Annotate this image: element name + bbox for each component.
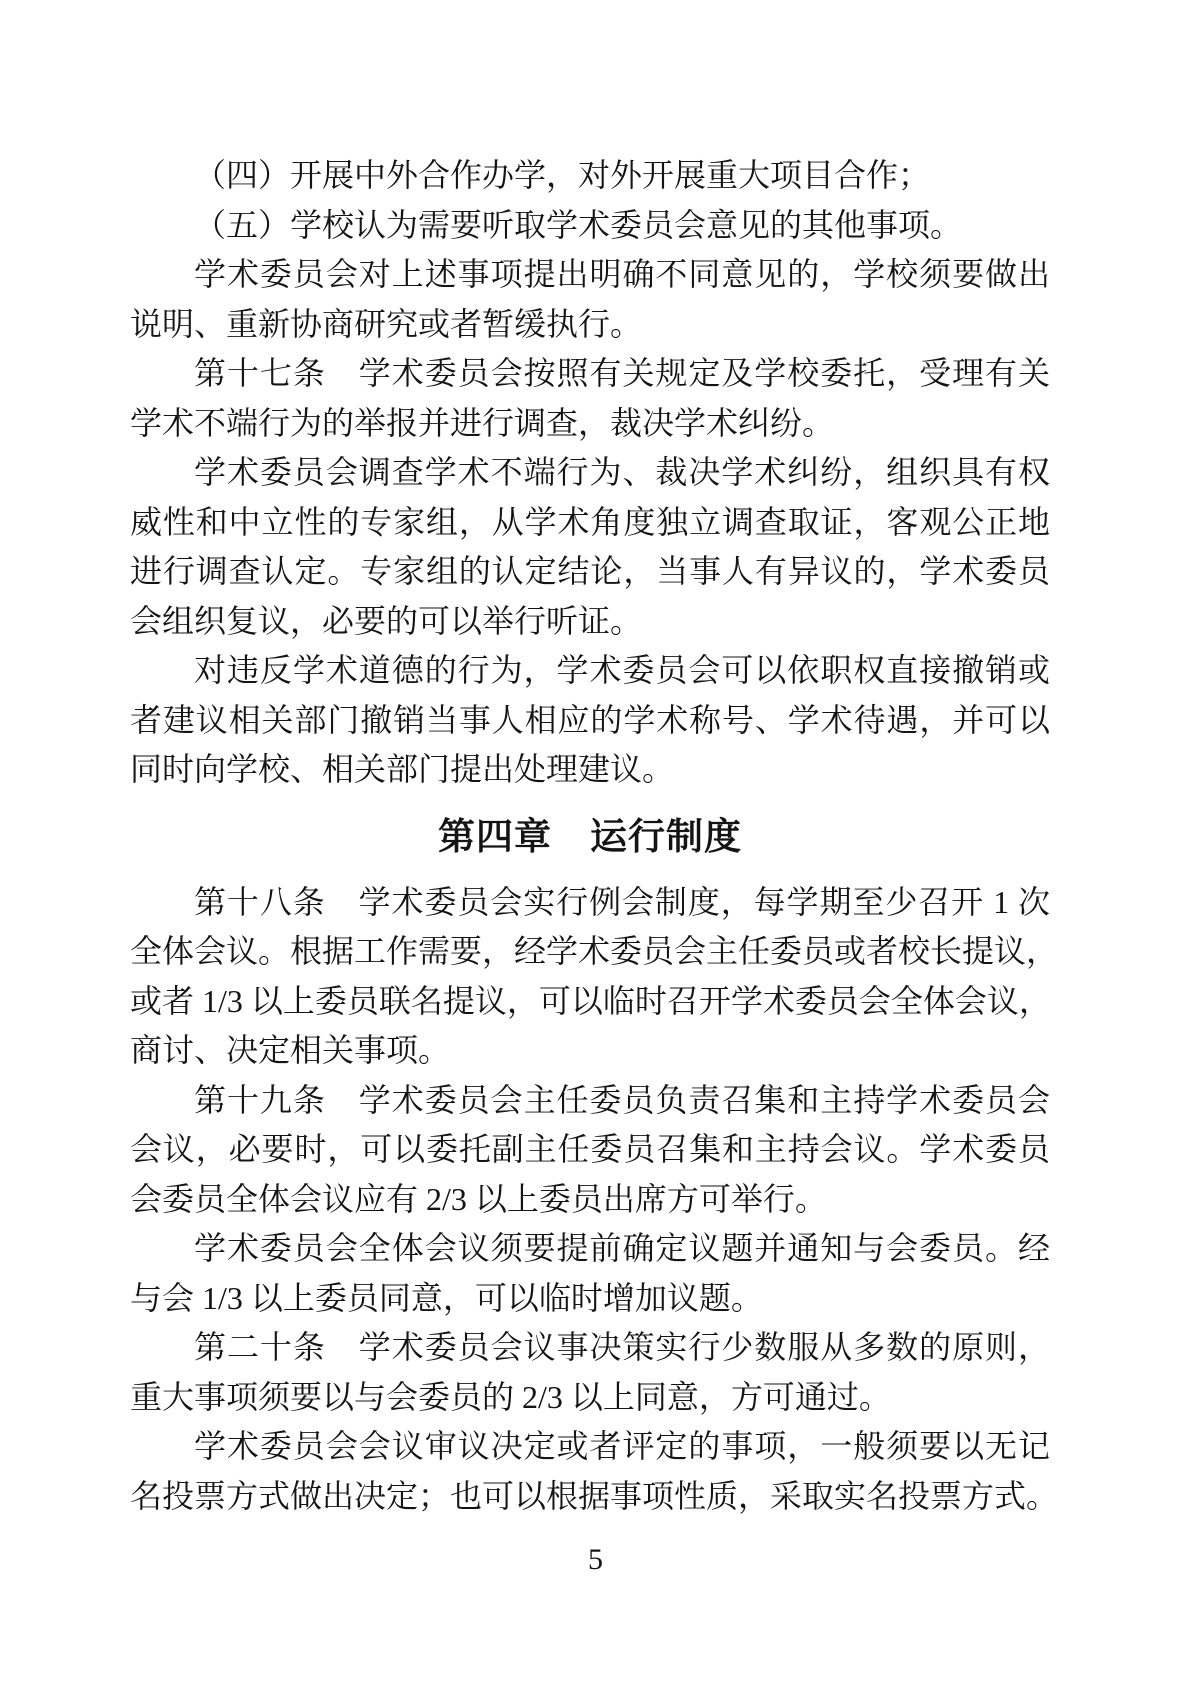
- text-line: 第十八条 学术委员会实行例会制度，每学期至少召开 1 次: [130, 878, 1050, 928]
- page: （四）开展中外合作办学，对外开展重大项目合作； （五）学校认为需要听取学术委员会…: [0, 0, 1191, 1684]
- text-line: 名投票方式做出决定；也可以根据事项性质，采取实名投票方式。: [130, 1472, 1050, 1522]
- text-line: 者建议相关部门撤销当事人相应的学术称号、学术待遇，并可以: [130, 696, 1050, 746]
- document-page: { "colors": { "page_background": "#fffff…: [0, 0, 1191, 1684]
- text-line: 或者 1/3 以上委员联名提议，可以临时召开学术委员会全体会议，: [130, 977, 1050, 1027]
- text-line: （四）开展中外合作办学，对外开展重大项目合作；: [130, 151, 1050, 201]
- text-line: 威性和中立性的专家组，从学术角度独立调查取证，客观公正地: [130, 498, 1050, 548]
- text-line: 学术委员会调查学术不端行为、裁决学术纠纷，组织具有权: [130, 448, 1050, 498]
- page-number: 5: [0, 1542, 1191, 1578]
- text-line: 与会 1/3 以上委员同意，可以临时增加议题。: [130, 1274, 1050, 1324]
- text-line: 重大事项须要以与会委员的 2/3 以上同意，方可通过。: [130, 1373, 1050, 1423]
- text-line: 会议，必要时，可以委托副主任委员召集和主持会议。学术委员: [130, 1125, 1050, 1175]
- text-line: 对违反学术道德的行为，学术委员会可以依职权直接撤销或: [130, 646, 1050, 696]
- text-line: （五）学校认为需要听取学术委员会意见的其他事项。: [130, 201, 1050, 251]
- text-line: 说明、重新协商研究或者暂缓执行。: [130, 300, 1050, 350]
- document-body: （四）开展中外合作办学，对外开展重大项目合作； （五）学校认为需要听取学术委员会…: [130, 151, 1050, 1521]
- text-line: 全体会议。根据工作需要，经学术委员会主任委员或者校长提议，: [130, 927, 1050, 977]
- text-line: 学术不端行为的举报并进行调查，裁决学术纠纷。: [130, 399, 1050, 449]
- text-line: 同时向学校、相关部门提出处理建议。: [130, 745, 1050, 795]
- text-line: 商讨、决定相关事项。: [130, 1026, 1050, 1076]
- text-line: 学术委员会对上述事项提出明确不同意见的，学校须要做出: [130, 250, 1050, 300]
- text-line: 会委员全体会议应有 2/3 以上委员出席方可举行。: [130, 1175, 1050, 1225]
- text-line: 进行调查认定。专家组的认定结论，当事人有异议的，学术委员: [130, 547, 1050, 597]
- text-line: 第十九条 学术委员会主任委员负责召集和主持学术委员会: [130, 1076, 1050, 1126]
- text-line: 学术委员会全体会议须要提前确定议题并通知与会委员。经: [130, 1224, 1050, 1274]
- text-line: 第二十条 学术委员会议事决策实行少数服从多数的原则，: [130, 1323, 1050, 1373]
- text-line: 会组织复议，必要的可以举行听证。: [130, 597, 1050, 647]
- chapter-heading: 第四章 运行制度: [130, 813, 1050, 863]
- text-line: 学术委员会会议审议决定或者评定的事项，一般须要以无记: [130, 1422, 1050, 1472]
- text-line: 第十七条 学术委员会按照有关规定及学校委托，受理有关: [130, 349, 1050, 399]
